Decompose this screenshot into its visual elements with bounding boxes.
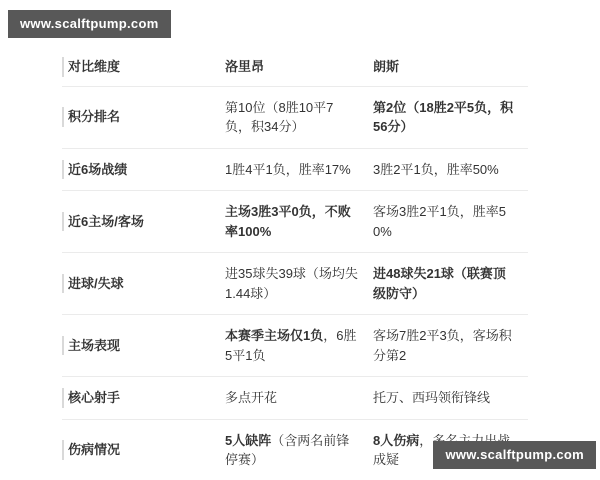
table-row: 近6场战绩 1胜4平1负，胜率17% 3胜2平1负，胜率50% [62, 148, 528, 191]
team2-cell: 3胜2平1负，胜率50% [373, 148, 528, 191]
row-label: 伤病情况 [62, 419, 225, 480]
row-label: 主场表现 [62, 315, 225, 377]
team1-cell: 多点开花 [225, 377, 373, 420]
team1-cell: 5人缺阵（含两名前锋停赛） [225, 419, 373, 480]
watermark-top: www.scalftpump.com [8, 10, 171, 38]
header-team1-label: 洛里昂 [225, 59, 264, 74]
team2-cell: 进48球失21球（联赛顶级防守） [373, 253, 528, 315]
team1-cell: 进35球失39球（场均失1.44球） [225, 253, 373, 315]
team1-cell: 1胜4平1负，胜率17% [225, 148, 373, 191]
team2-cell: 客场7胜2平3负，客场积分第2 [373, 315, 528, 377]
watermark-bottom: www.scalftpump.com [433, 441, 596, 469]
table-row: 主场表现 本赛季主场仅1负，6胜5平1负 客场7胜2平3负，客场积分第2 [62, 315, 528, 377]
row-label: 进球/失球 [62, 253, 225, 315]
table-row: 进球/失球 进35球失39球（场均失1.44球） 进48球失21球（联赛顶级防守… [62, 253, 528, 315]
header-row: 对比维度 洛里昂 朗斯 [62, 48, 528, 86]
table-row: 近6主场/客场 主场3胜3平0负，不败率100% 客场3胜2平1负，胜率50% [62, 191, 528, 253]
row-label: 积分排名 [62, 86, 225, 148]
header-dimension: 对比维度 [62, 48, 225, 86]
team1-cell: 第10位（8胜10平7负，积34分） [225, 86, 373, 148]
header-dimension-label: 对比维度 [62, 57, 120, 77]
table-row: 核心射手 多点开花 托万、西玛领衔锋线 [62, 377, 528, 420]
team2-cell: 客场3胜2平1负，胜率50% [373, 191, 528, 253]
team1-cell: 主场3胜3平0负，不败率100% [225, 191, 373, 253]
header-team2: 朗斯 [373, 48, 528, 86]
row-label: 近6场战绩 [62, 148, 225, 191]
header-team1: 洛里昂 [225, 48, 373, 86]
team2-cell: 托万、西玛领衔锋线 [373, 377, 528, 420]
team1-cell: 本赛季主场仅1负，6胜5平1负 [225, 315, 373, 377]
row-label: 近6主场/客场 [62, 191, 225, 253]
header-team2-label: 朗斯 [373, 59, 399, 74]
comparison-table: 对比维度 洛里昂 朗斯 积分排名 第10位（8胜10平7负，积34分） 第2位（… [62, 48, 528, 480]
team2-cell: 第2位（18胜2平5负，积56分） [373, 86, 528, 148]
row-label: 核心射手 [62, 377, 225, 420]
table-row: 积分排名 第10位（8胜10平7负，积34分） 第2位（18胜2平5负，积56分… [62, 86, 528, 148]
